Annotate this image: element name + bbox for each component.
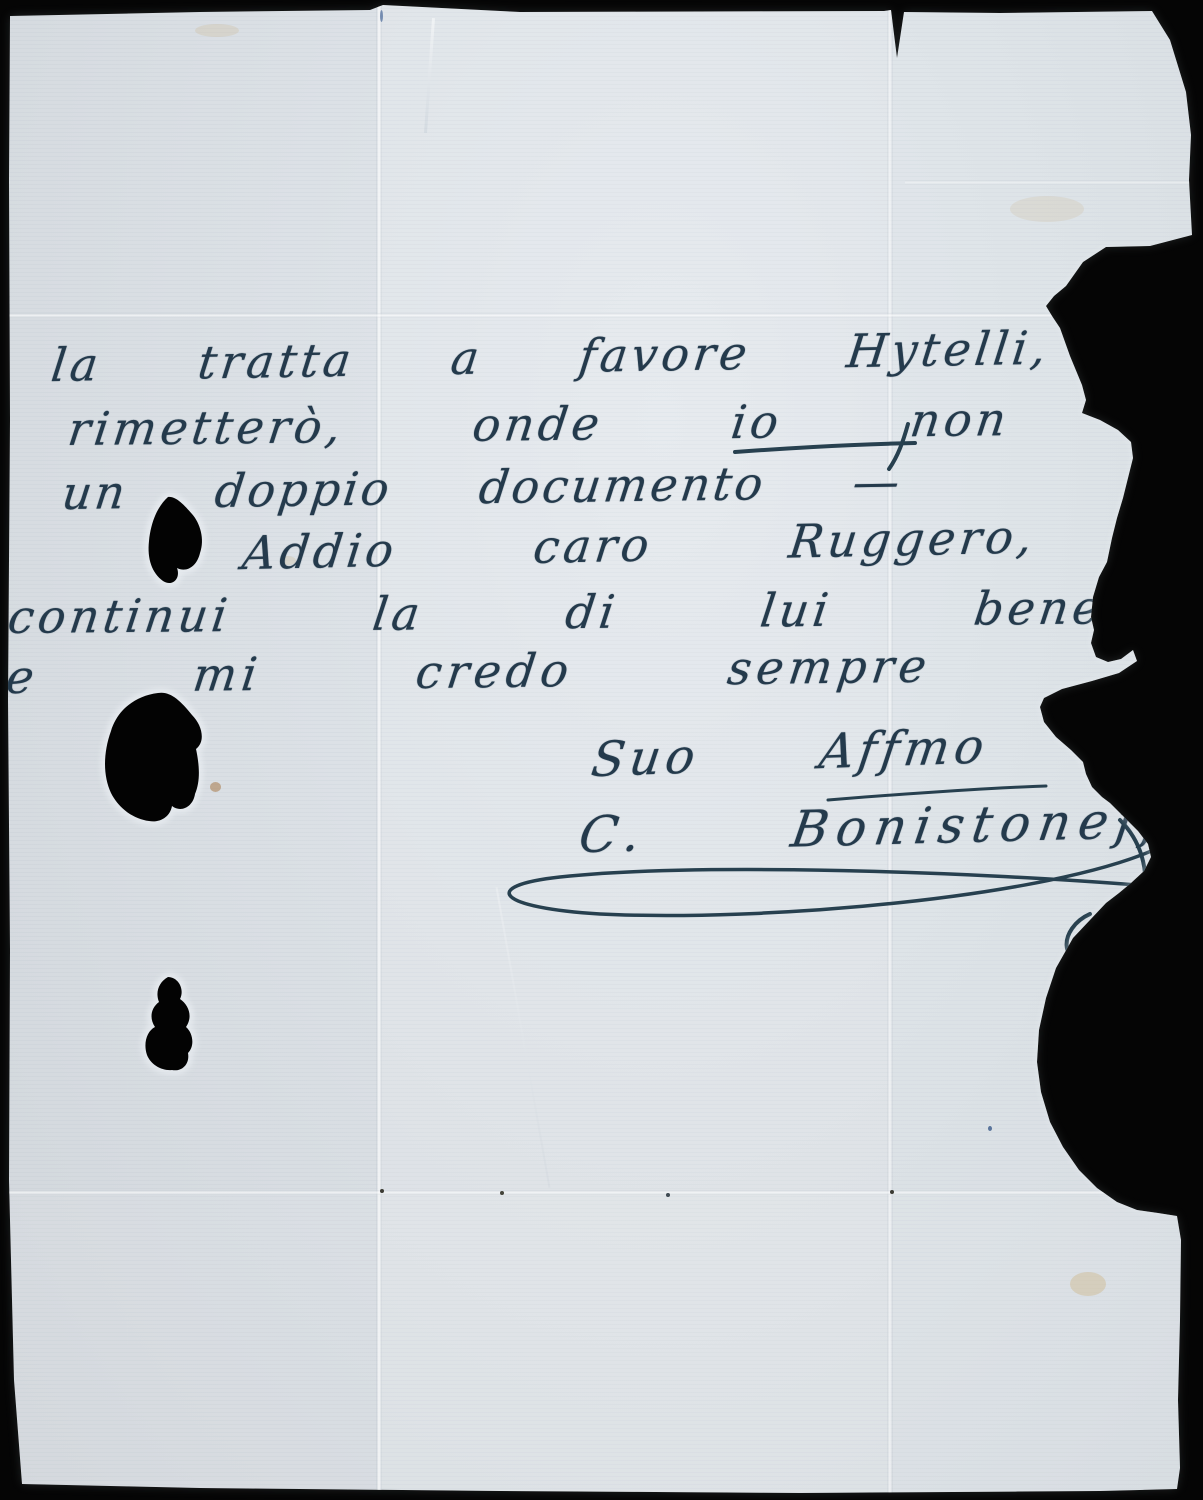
stain — [210, 782, 221, 792]
letter-page: la tratta a favore Hytelli, glie rimette… — [0, 0, 1203, 1500]
handwritten-line: la tratta a favore Hytelli, glie — [48, 317, 1203, 392]
flap-crease — [905, 180, 1190, 185]
fold-panel-bottom — [0, 1192, 1203, 1500]
paper-scratch — [496, 887, 551, 1188]
stain — [1010, 196, 1084, 222]
handwritten-line: un doppio documento — — [59, 454, 905, 520]
handwritten-line: continui la di lui benevolen — [5, 579, 1203, 644]
handwritten-line: Addio caro Ruggero, mi — [240, 505, 1203, 580]
handwritten-closing-line: Suo Affmo A — [588, 713, 1152, 789]
paper-hole — [145, 977, 192, 1070]
hole-halo-group — [105, 497, 202, 1070]
scan-background: la tratta a favore Hytelli, glie rimette… — [0, 0, 1203, 1500]
paper-wrinkle — [424, 18, 435, 133]
horizontal-fold-crease — [0, 313, 1203, 318]
paper-hole — [105, 693, 202, 822]
paper-hole-group — [105, 497, 202, 1070]
horizontal-fold-crease — [0, 1190, 1203, 1195]
handwritten-line: e mi credo sempre — [3, 639, 935, 704]
handwritten-signature: C. Bonistoneffi — [575, 790, 1197, 864]
ink-speck — [988, 1126, 992, 1131]
stain — [195, 24, 239, 37]
letter-sheet-wrap: la tratta a favore Hytelli, glie rimette… — [0, 0, 1203, 1500]
stain — [1070, 1272, 1106, 1296]
handwritten-line: rimetterò, onde io non ritir — [65, 390, 1203, 456]
vertical-fold-crease — [376, 0, 382, 1500]
